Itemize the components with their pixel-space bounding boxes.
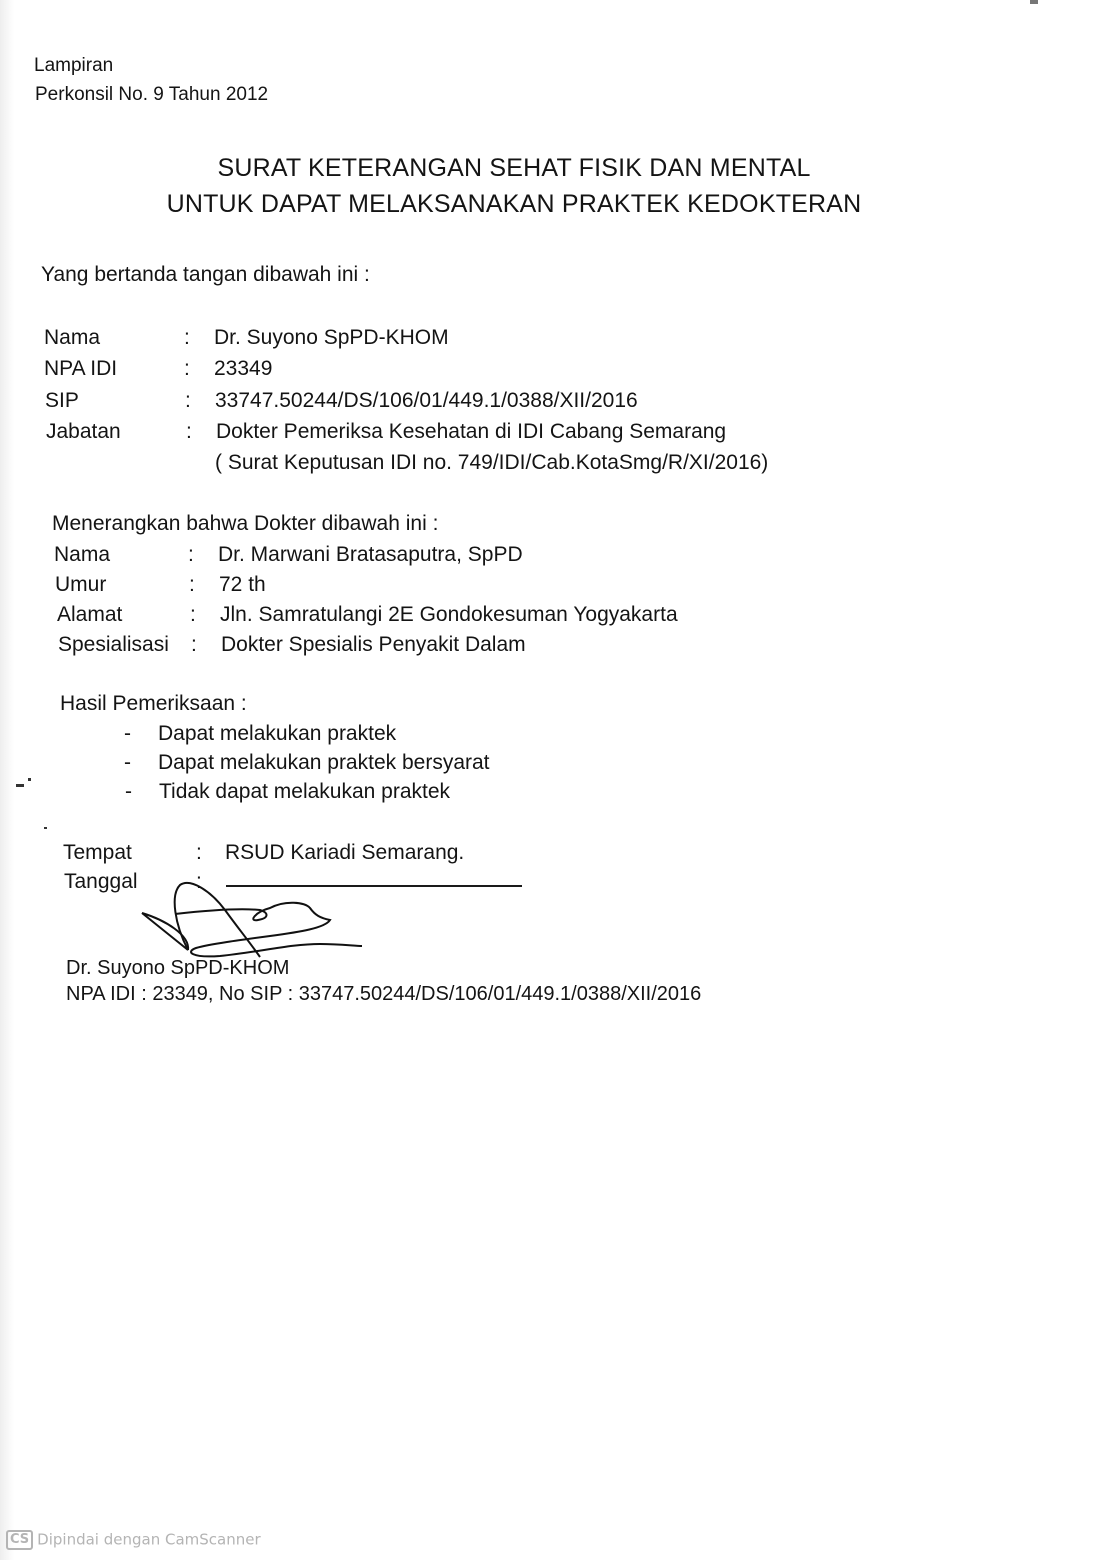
signatory-credentials: NPA IDI : 23349, No SIP : 33747.50244/DS… [66, 983, 701, 1006]
field-colon: : [186, 420, 192, 444]
field-label: Spesialisasi [58, 633, 169, 657]
field-value: Dokter Pemeriksa Kesehatan di IDI Cabang… [216, 420, 726, 444]
field-label: Nama [44, 326, 100, 350]
camscanner-logo-icon: CS [6, 1530, 33, 1550]
signatory-name: Dr. Suyono SpPD-KHOM [66, 957, 289, 980]
field-colon: : [190, 603, 196, 627]
field-colon: : [188, 543, 194, 567]
camscanner-watermark: CSDipindai dengan CamScanner [6, 1530, 261, 1550]
scan-speck [16, 784, 24, 787]
scan-speck [44, 827, 47, 829]
field-colon: : [184, 326, 190, 350]
field-colon: : [189, 573, 195, 597]
document-title-line2: UNTUK DAPAT MELAKSANAKAN PRAKTEK KEDOKTE… [0, 190, 1028, 219]
jabatan-note: ( Surat Keputusan IDI no. 749/IDI/Cab.Ko… [215, 451, 768, 475]
field-colon: : [196, 841, 202, 865]
field-label: Nama [54, 543, 110, 567]
intro-text: Yang bertanda tangan dibawah ini : [41, 263, 370, 287]
field-colon: : [191, 633, 197, 657]
scan-speck [28, 778, 31, 781]
result-option-text: Dapat melakukan praktek [158, 722, 396, 746]
field-value: 23349 [214, 357, 272, 381]
document-title-line1: SURAT KETERANGAN SEHAT FISIK DAN MENTAL [0, 154, 1028, 183]
field-label: SIP [45, 389, 79, 413]
field-value: Dr. Marwani Bratasaputra, SpPD [218, 543, 523, 567]
field-label: NPA IDI [44, 357, 117, 381]
field-label: Tempat [63, 841, 132, 865]
result-option-text: Dapat melakukan praktek bersyarat [158, 751, 490, 775]
field-value: 72 th [219, 573, 266, 597]
field-label: Tanggal [64, 870, 138, 894]
subject-intro-text: Menerangkan bahwa Dokter dibawah ini : [52, 512, 438, 536]
header-perkonsil: Perkonsil No. 9 Tahun 2012 [35, 84, 268, 106]
scan-speck [1030, 0, 1038, 4]
field-label: Jabatan [46, 420, 121, 444]
field-value: RSUD Kariadi Semarang. [225, 841, 464, 865]
watermark-text: Dipindai dengan CamScanner [37, 1531, 260, 1549]
results-heading: Hasil Pemeriksaan : [60, 692, 247, 716]
scanned-document: Lampiran Perkonsil No. 9 Tahun 2012 SURA… [0, 0, 1100, 1560]
list-dash: - [124, 751, 131, 775]
signature-scribble [130, 870, 390, 965]
field-value: Dr. Suyono SpPD-KHOM [214, 326, 449, 350]
field-label: Umur [55, 573, 106, 597]
field-value: Jln. Samratulangi 2E Gondokesuman Yogyak… [220, 603, 678, 627]
field-colon: : [185, 389, 191, 413]
field-colon: : [184, 357, 190, 381]
list-dash: - [125, 780, 132, 804]
field-label: Alamat [57, 603, 122, 627]
scan-edge-shadow [0, 0, 14, 1560]
field-value: Dokter Spesialis Penyakit Dalam [221, 633, 526, 657]
header-lampiran: Lampiran [34, 55, 113, 77]
field-value: 33747.50244/DS/106/01/449.1/0388/XII/201… [215, 389, 638, 413]
result-option-text: Tidak dapat melakukan praktek [159, 780, 450, 804]
list-dash: - [124, 722, 131, 746]
